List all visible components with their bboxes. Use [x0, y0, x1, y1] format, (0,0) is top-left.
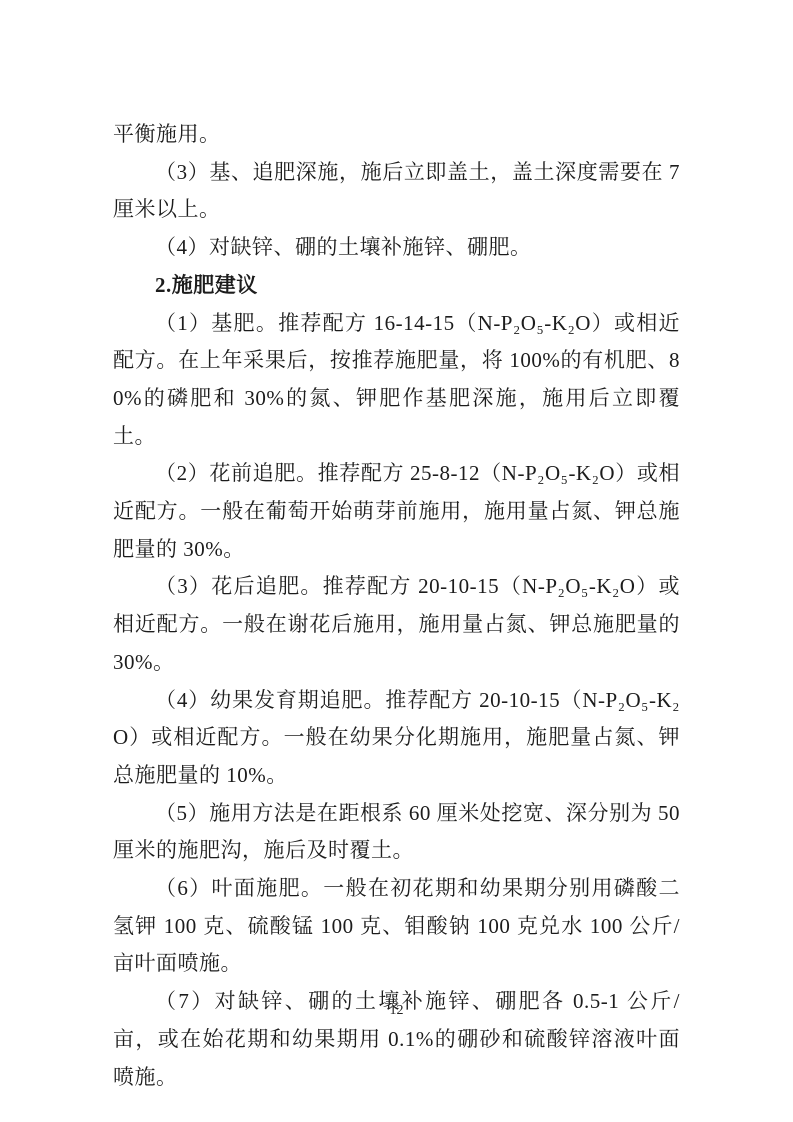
paragraph: （2）花前追肥。推荐配方 25-8-12（N-P₂O₅-K₂O）或相近配方。一般…	[113, 455, 680, 568]
paragraph: （5）施用方法是在距根系 60 厘米处挖宽、深分别为 50 厘米的施肥沟，施后及…	[113, 795, 680, 870]
paragraph: 平衡施用。	[113, 116, 680, 154]
document-content: 平衡施用。（3）基、追肥深施，施后立即盖土，盖土深度需要在 7 厘米以上。（4）…	[113, 116, 680, 1096]
paragraph: （1）基肥。推荐配方 16-14-15（N-P₂O₅-K₂O）或相近配方。在上年…	[113, 305, 680, 456]
paragraph: （4）幼果发育期追肥。推荐配方 20-10-15（N-P₂O₅-K₂O）或相近配…	[113, 682, 680, 795]
paragraph: （3）基、追肥深施，施后立即盖土，盖土深度需要在 7 厘米以上。	[113, 154, 680, 229]
section-heading: 2.施肥建议	[113, 267, 680, 305]
paragraph: （7）对缺锌、硼的土壤补施锌、硼肥各 0.5-1 公斤/亩，或在始花期和幼果期用…	[113, 983, 680, 1096]
paragraph: （4）对缺锌、硼的土壤补施锌、硼肥。	[113, 229, 680, 267]
document-page: 平衡施用。（3）基、追肥深施，施后立即盖土，盖土深度需要在 7 厘米以上。（4）…	[0, 0, 793, 1122]
paragraph: （3）花后追肥。推荐配方 20-10-15（N-P₂O₅-K₂O）或相近配方。一…	[113, 568, 680, 681]
paragraph: （6）叶面施肥。一般在初花期和幼果期分别用磷酸二氢钾 100 克、硫酸锰 100…	[113, 870, 680, 983]
page-number: 12	[0, 1003, 793, 1019]
